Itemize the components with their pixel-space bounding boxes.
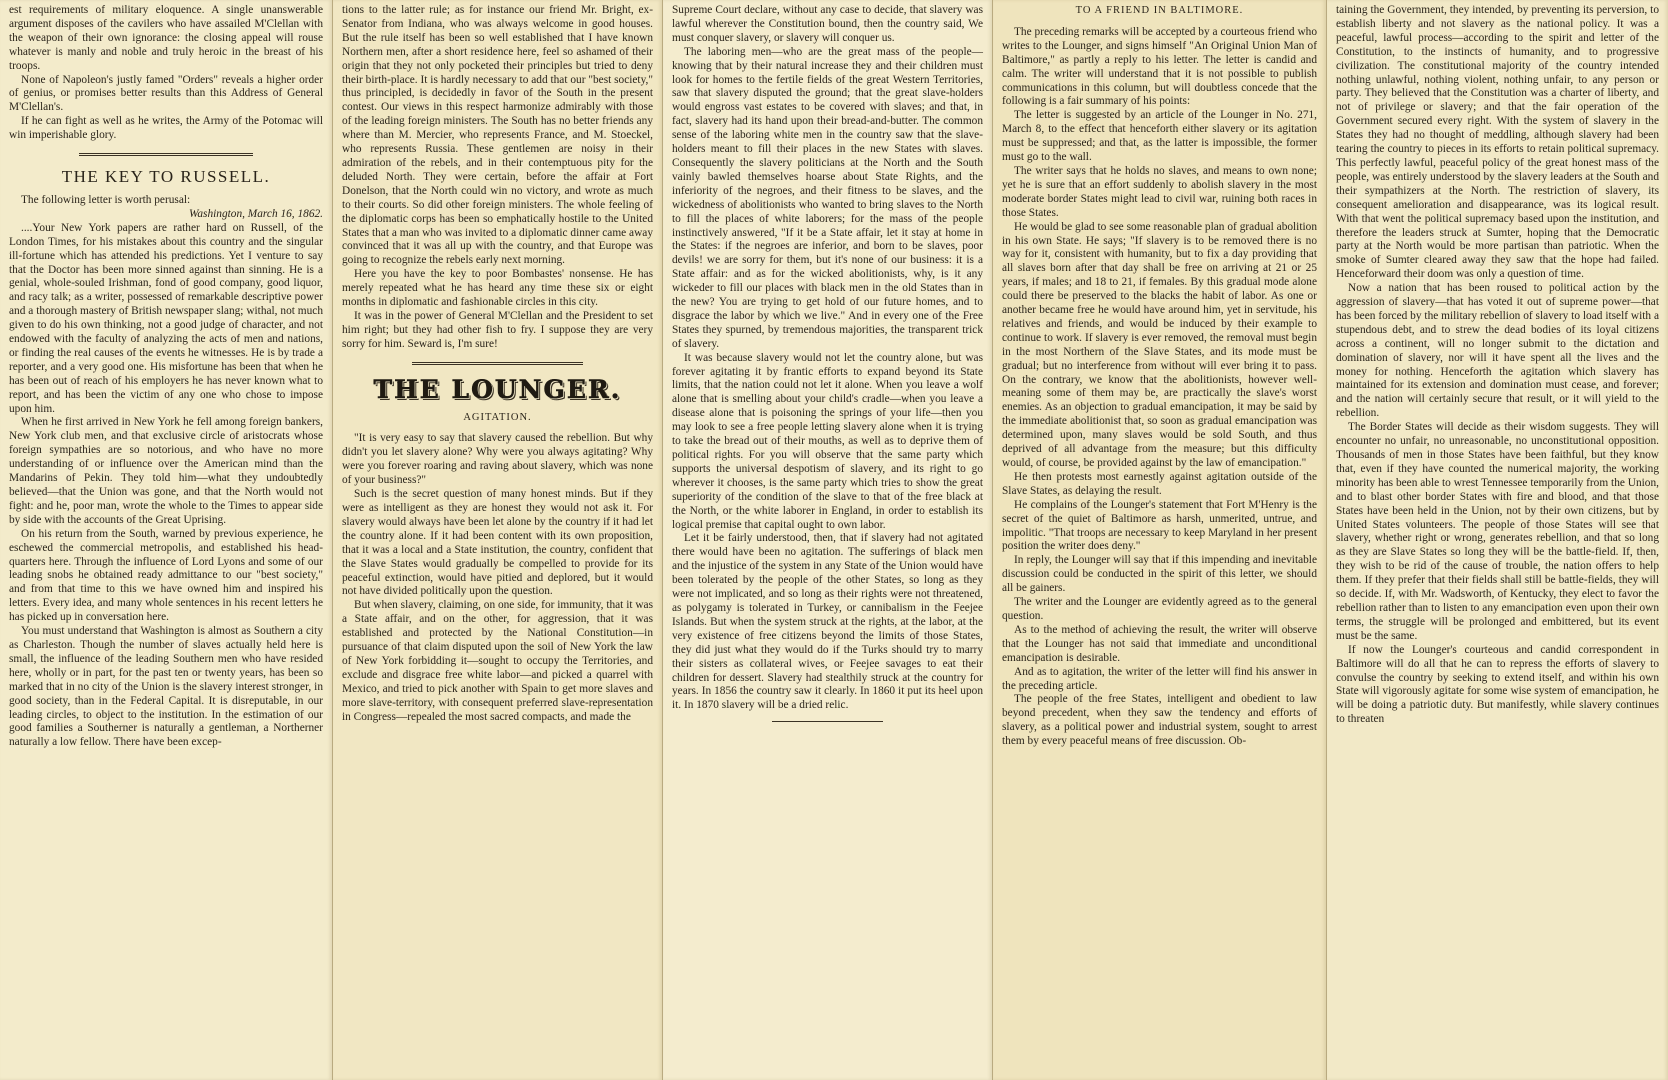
paragraph: It was because slavery would not let the… — [672, 352, 983, 533]
paragraph: Such is the secret question of many hone… — [342, 488, 653, 599]
paragraph: Here you have the key to poor Bombastes'… — [342, 268, 653, 310]
section-divider — [772, 721, 883, 722]
paragraph: est requirements of military eloquence. … — [9, 4, 323, 74]
column-3: Supreme Court declare, without any case … — [663, 0, 993, 1080]
article-subheading: AGITATION. — [342, 411, 653, 425]
section-divider — [79, 153, 253, 156]
paragraph: The writer and the Lounger are evidently… — [1002, 596, 1317, 624]
paragraph: The laboring men—who are the great mass … — [672, 46, 983, 352]
paragraph: "It is very easy to say that slavery cau… — [342, 432, 653, 488]
paragraph: The following letter is worth perusal: — [9, 194, 323, 208]
paragraph: It was in the power of General M'Clellan… — [342, 310, 653, 352]
section-divider — [412, 362, 583, 365]
article-heading: THE KEY TO RUSSELL. — [9, 170, 323, 184]
paragraph: Let it be fairly understood, then, that … — [672, 532, 983, 713]
newspaper-page: est requirements of military eloquence. … — [0, 0, 1668, 1080]
paragraph: In reply, the Lounger will say that if t… — [1002, 554, 1317, 596]
paragraph: On his return from the South, warned by … — [9, 528, 323, 625]
column-5: taining the Government, they intended, b… — [1327, 0, 1668, 1080]
paragraph: As to the method of achieving the result… — [1002, 624, 1317, 666]
paragraph: None of Napoleon's justly famed "Orders"… — [9, 74, 323, 116]
paragraph: He then protests most earnestly against … — [1002, 471, 1317, 499]
paragraph: Now a nation that has been roused to pol… — [1336, 282, 1659, 421]
paragraph: The Border States will decide as their w… — [1336, 421, 1659, 644]
paragraph: The preceding remarks will be accepted b… — [1002, 26, 1317, 109]
paragraph: But when slavery, claiming, on one side,… — [342, 599, 653, 724]
paragraph: If now the Lounger's courteous and candi… — [1336, 644, 1659, 727]
paragraph: When he first arrived in New York he fel… — [9, 416, 323, 527]
paragraph: ....Your New York papers are rather hard… — [9, 222, 323, 417]
article-subheading: TO A FRIEND IN BALTIMORE. — [1002, 4, 1317, 18]
paragraph: He would be glad to see some reasonable … — [1002, 221, 1317, 471]
paragraph: And as to agitation, the writer of the l… — [1002, 666, 1317, 694]
paragraph: The people of the free States, intellige… — [1002, 693, 1317, 749]
paragraph: Supreme Court declare, without any case … — [672, 4, 983, 46]
column-1: est requirements of military eloquence. … — [0, 0, 333, 1080]
paragraph: He complains of the Lounger's statement … — [1002, 499, 1317, 555]
paragraph: The writer says that he holds no slaves,… — [1002, 165, 1317, 221]
paragraph: If he can fight as well as he writes, th… — [9, 115, 323, 143]
paragraph: The letter is suggested by an article of… — [1002, 109, 1317, 165]
lounger-masthead: THE LOUNGER. — [342, 383, 653, 397]
column-4: TO A FRIEND IN BALTIMORE.The preceding r… — [993, 0, 1327, 1080]
paragraph: tions to the latter rule; as for instanc… — [342, 4, 653, 268]
paragraph: You must understand that Washington is a… — [9, 625, 323, 750]
paragraph: taining the Government, they intended, b… — [1336, 4, 1659, 282]
dateline: Washington, March 16, 1862. — [9, 208, 323, 222]
column-2: tions to the latter rule; as for instanc… — [333, 0, 663, 1080]
